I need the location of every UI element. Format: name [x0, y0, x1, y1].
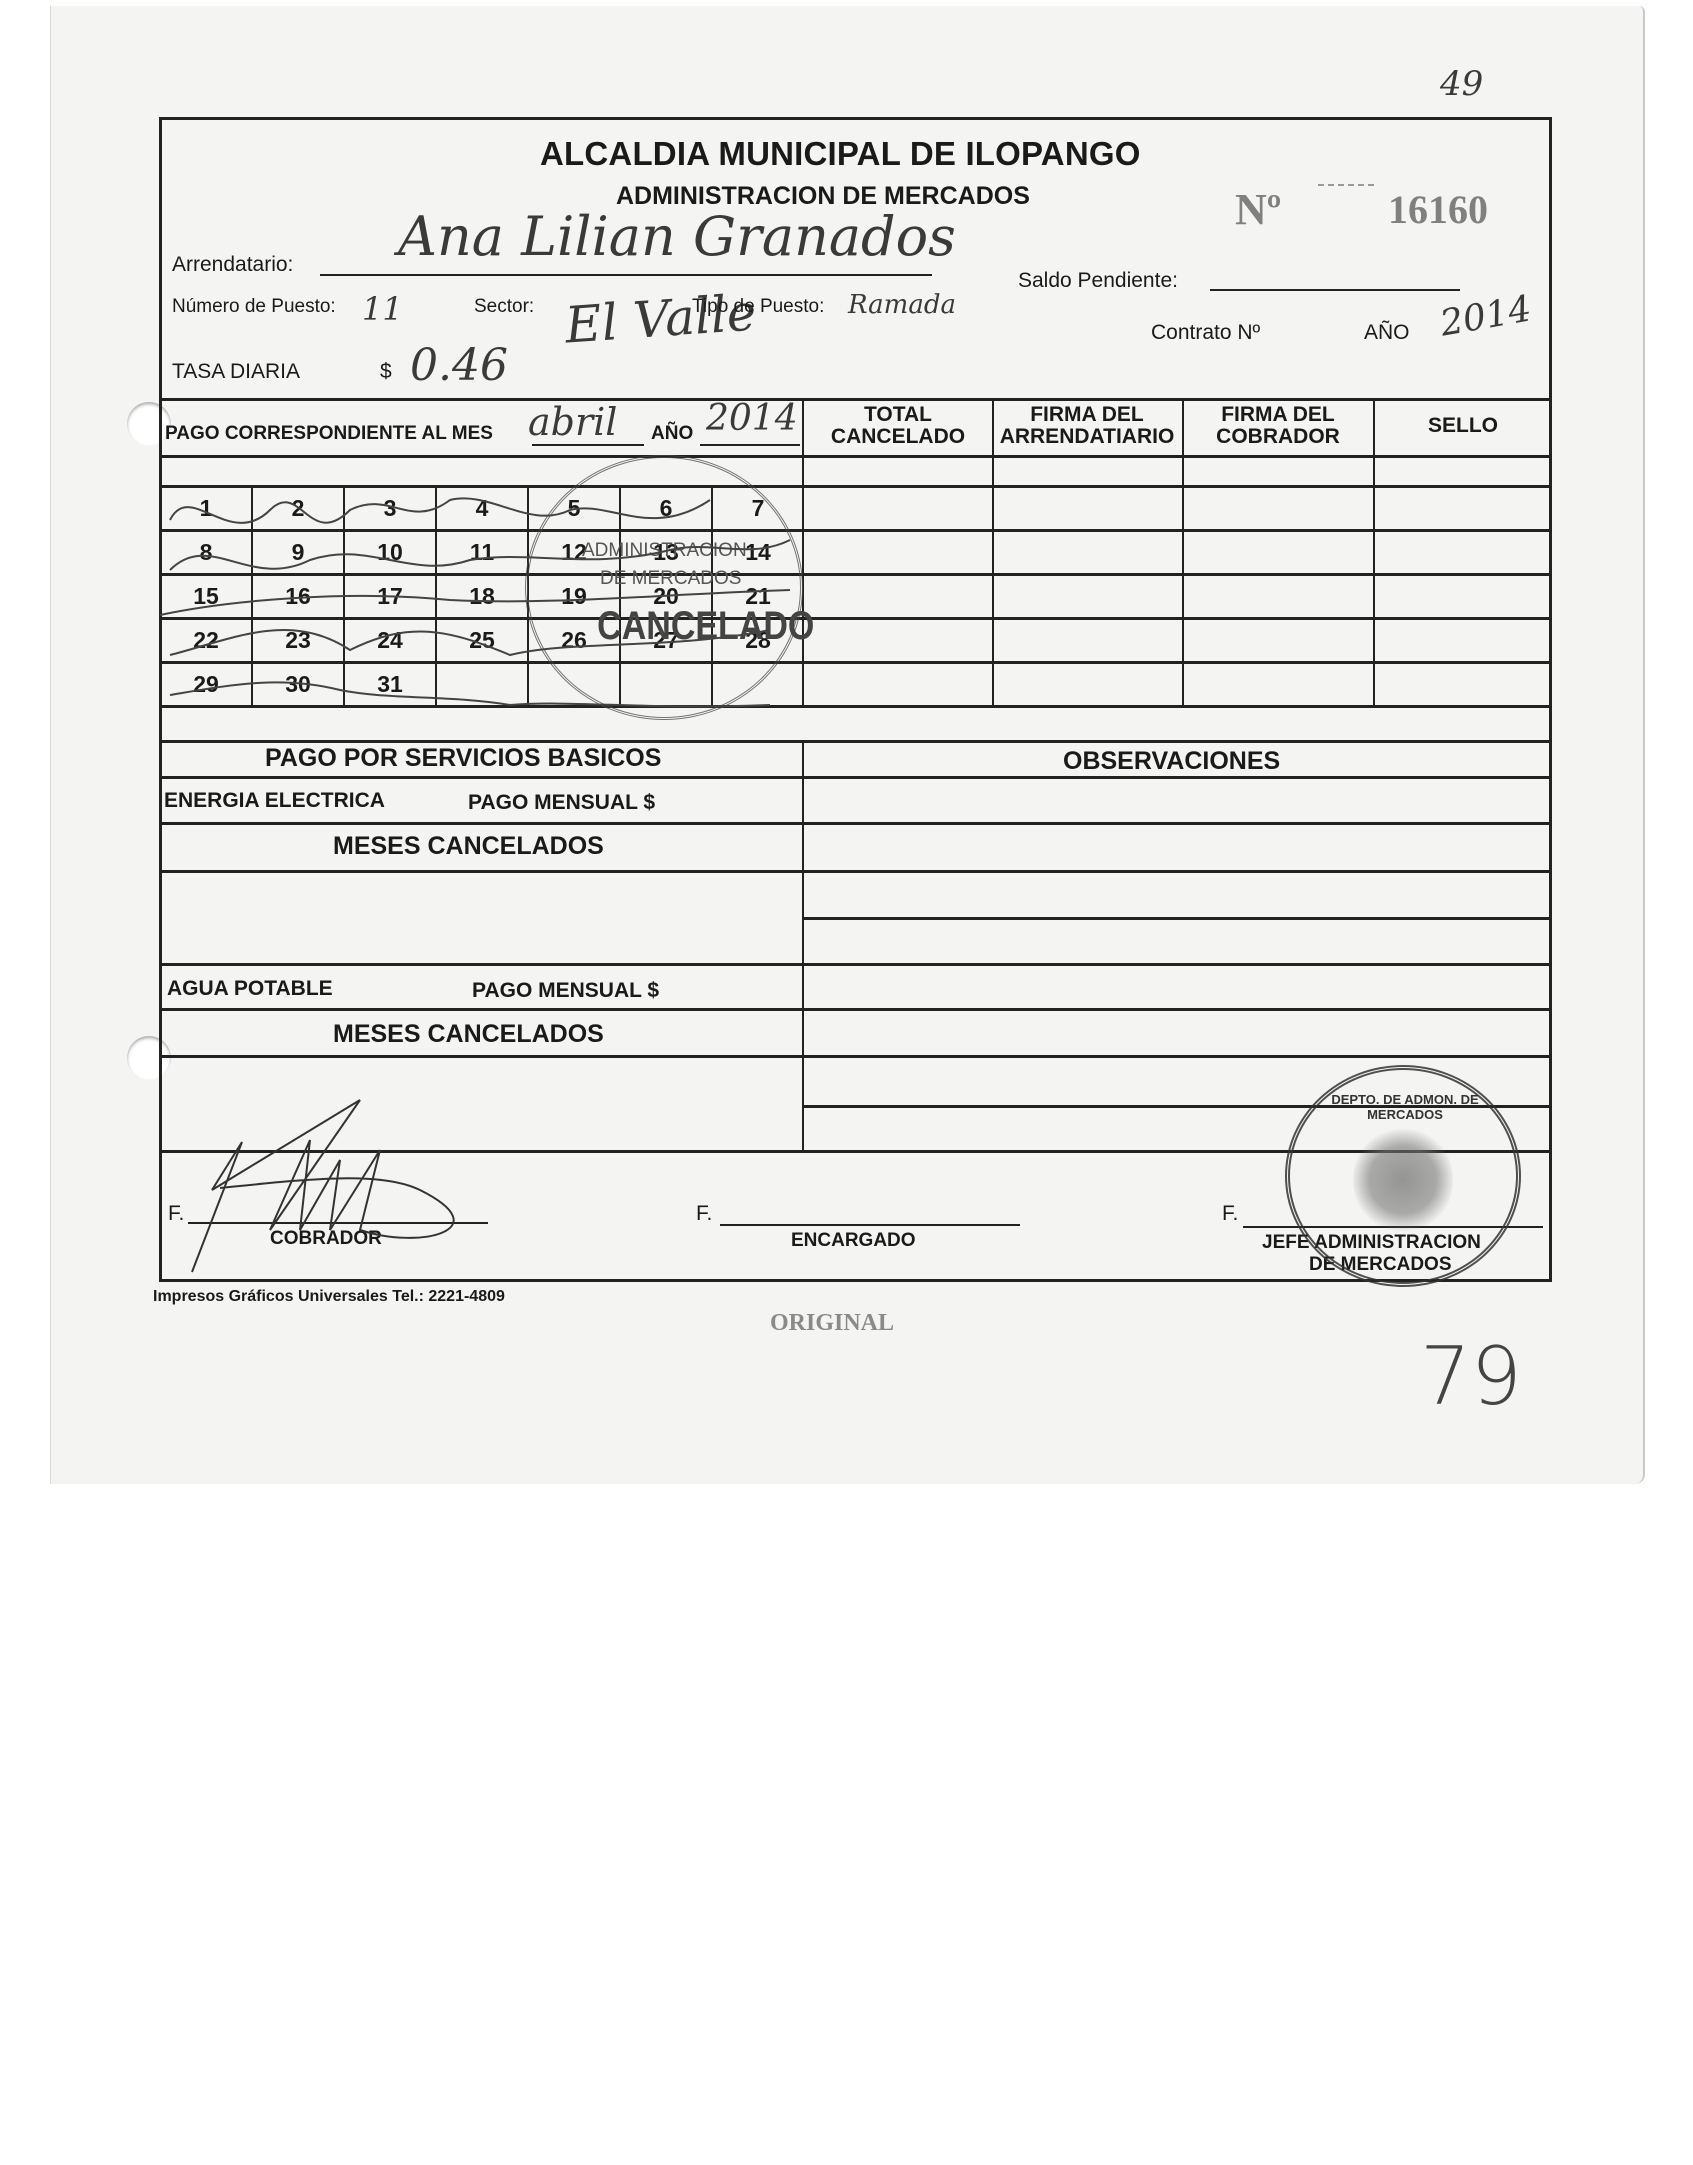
seal-text: DEPTO. DE ADMON. DE MERCADOS — [1305, 1092, 1505, 1122]
rule — [159, 1008, 1552, 1011]
rule — [159, 963, 1552, 966]
serial-number: 16160 — [1388, 186, 1488, 233]
anio-label: AÑO — [1364, 321, 1410, 345]
agua-label: AGUA POTABLE — [167, 977, 333, 1001]
days-cross-out-scribble — [150, 480, 810, 720]
mes-anio-label: AÑO — [651, 423, 693, 445]
rule — [1373, 398, 1375, 706]
energia-pago-label: PAGO MENSUAL $ — [468, 791, 655, 815]
numero-puesto-value[interactable]: 11 — [362, 290, 403, 328]
encargado-label: ENCARGADO — [791, 1230, 916, 1252]
sig-prefix-jefe: F. — [1222, 1202, 1238, 1226]
rule — [159, 398, 1552, 401]
mes-value[interactable]: abril — [528, 400, 617, 444]
sector-label: Sector: — [474, 296, 534, 318]
col-total-cancelado: TOTAL CANCELADO — [810, 404, 986, 448]
page-number-top: 49 — [1440, 64, 1483, 104]
rule — [802, 917, 1552, 920]
observaciones-title: OBSERVACIONES — [1063, 747, 1280, 776]
arrendatario-value[interactable]: Ana Lilian Granados — [398, 205, 956, 268]
tipo-puesto-value[interactable]: Ramada — [848, 290, 956, 320]
serial-label: Nº — [1235, 184, 1281, 235]
rule — [159, 776, 1552, 779]
seal-inner — [1353, 1125, 1453, 1235]
col-sello: SELLO — [1378, 415, 1548, 437]
mes-label: PAGO CORRESPONDIENTE AL MES — [165, 423, 493, 445]
energia-meses-label: MESES CANCELADOS — [333, 832, 604, 861]
copy-label: ORIGINAL — [770, 1310, 894, 1337]
arrendatario-line — [320, 274, 932, 276]
rule — [159, 1055, 1552, 1058]
sig-prefix-encargado: F. — [696, 1202, 712, 1226]
numero-puesto-label: Número de Puesto: — [172, 296, 336, 318]
agua-meses-label: MESES CANCELADOS — [333, 1020, 604, 1049]
tasa-currency: $ — [380, 360, 392, 384]
mes-line — [532, 444, 644, 446]
tipo-puesto-label: Tipo de Puesto: — [692, 296, 824, 318]
serial-dashes — [1318, 184, 1374, 186]
tasa-label: TASA DIARIA — [172, 360, 300, 384]
saldo-label: Saldo Pendiente: — [1018, 269, 1178, 293]
rule — [159, 822, 1552, 825]
cobrador-signature — [180, 1080, 580, 1280]
rule — [159, 455, 1552, 458]
rule — [1182, 398, 1184, 706]
printer-credit: Impresos Gráficos Universales Tel.: 2221… — [153, 1288, 505, 1306]
col-firma-arrendatario: FIRMA DEL ARRENDATIARIO — [994, 404, 1180, 448]
services-title: PAGO POR SERVICIOS BASICOS — [265, 744, 661, 773]
page-number-bottom: 79 — [1420, 1330, 1522, 1423]
rule — [159, 870, 1552, 873]
agua-pago-label: PAGO MENSUAL $ — [472, 979, 659, 1003]
tasa-value[interactable]: 0.46 — [410, 340, 508, 391]
rule — [159, 740, 1552, 743]
encargado-line — [720, 1224, 1020, 1226]
mes-anio-line — [700, 444, 800, 446]
municipality-title: ALCALDIA MUNICIPAL DE ILOPANGO — [540, 135, 1141, 173]
arrendatario-label: Arrendatario: — [172, 253, 293, 277]
mes-anio-value[interactable]: 2014 — [706, 398, 798, 439]
col-firma-cobrador: FIRMA DEL COBRADOR — [1188, 404, 1368, 448]
contrato-label: Contrato Nº — [1151, 321, 1260, 345]
rule — [802, 740, 804, 1152]
energia-label: ENERGIA ELECTRICA — [164, 789, 385, 813]
saldo-line — [1210, 289, 1460, 291]
